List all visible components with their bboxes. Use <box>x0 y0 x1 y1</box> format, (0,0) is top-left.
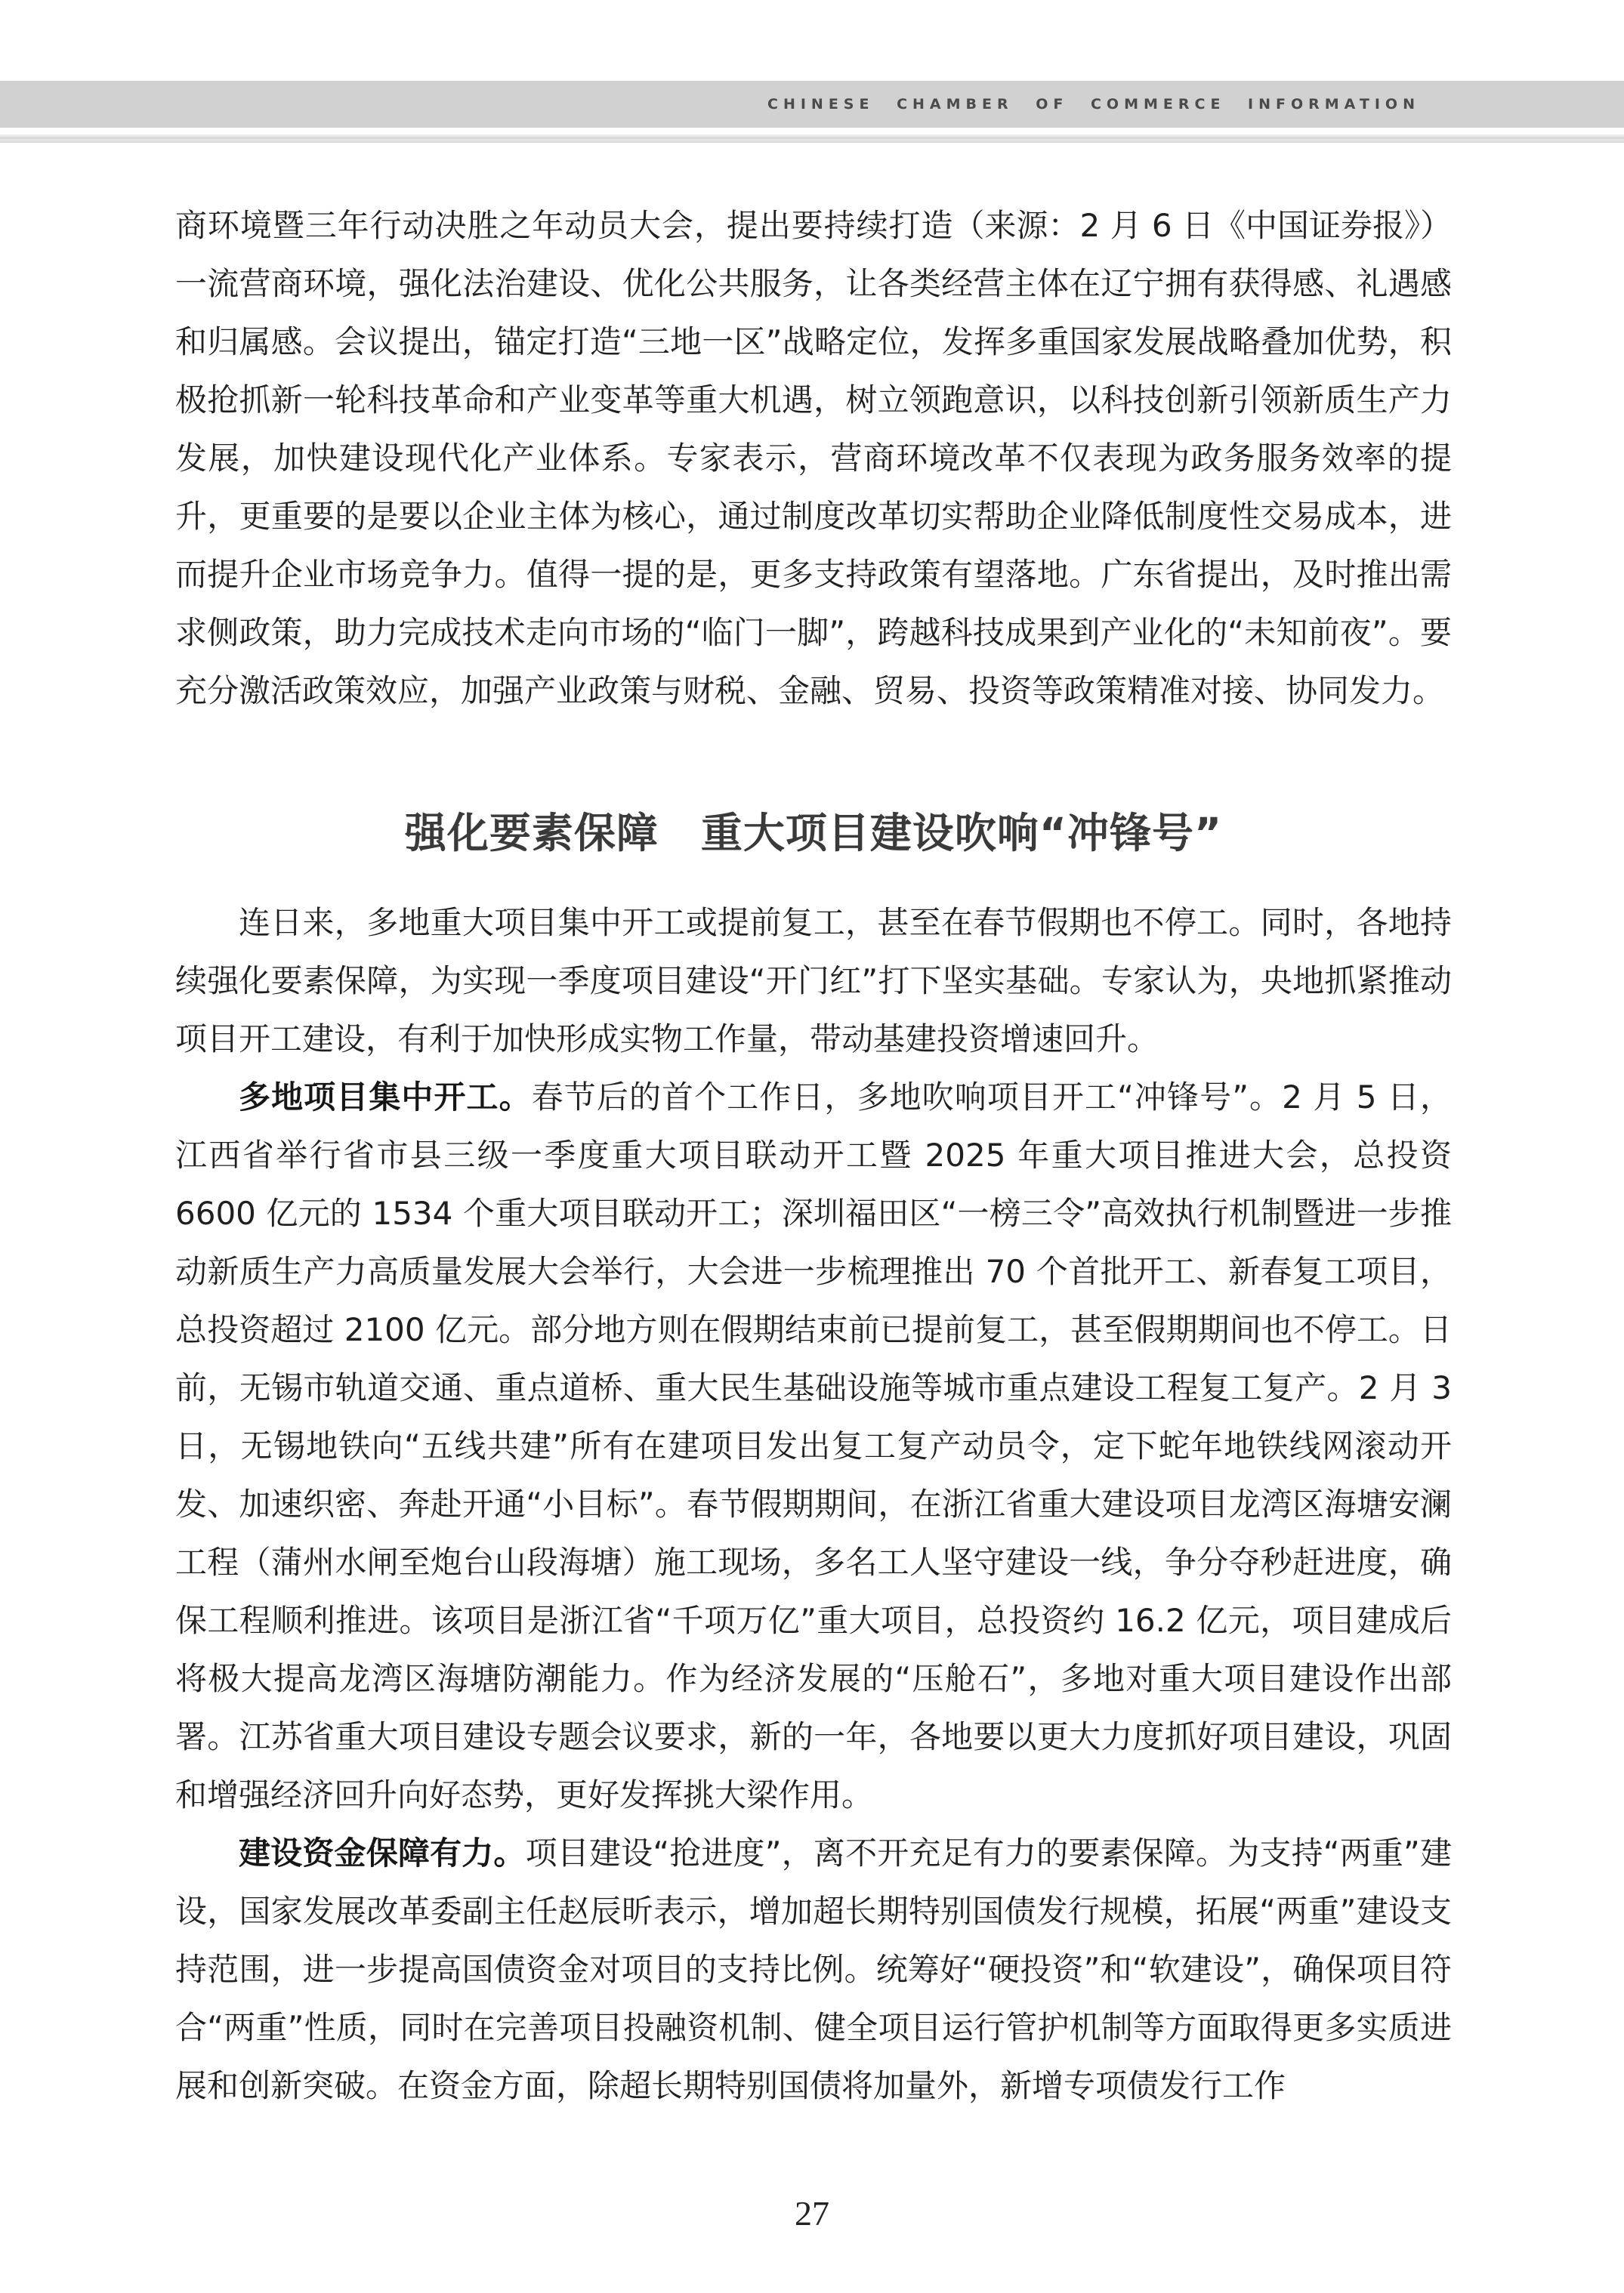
page-number: 27 <box>795 2194 829 2233</box>
paragraph-bold-lead: 多地项目集中开工。 <box>239 1079 532 1116</box>
page-body: （来源：2 月 6 日《中国证券报》）商环境暨三年行动决胜之年动员大会，提出要持… <box>175 144 1452 2115</box>
previous-article-text: 商环境暨三年行动决胜之年动员大会，提出要持续打造一流营商环境，强化法治建设、优化… <box>175 207 1452 709</box>
article-title: 强化要素保障 重大项目建设吹响“冲锋号” <box>175 809 1452 857</box>
paragraph-text: 春节后的首个工作日，多地吹响项目开工“冲锋号”。2 月 5 日，江西省举行省市县… <box>175 1079 1452 1813</box>
page-header-band: CHINESE CHAMBER OF COMMERCE INFORMATION <box>0 81 1624 128</box>
header-title: CHINESE CHAMBER OF COMMERCE INFORMATION <box>767 96 1420 113</box>
page-footer: 27 <box>0 2194 1624 2233</box>
article-paragraph: 建设资金保障有力。项目建设“抢进度”，离不开充足有力的要素保障。为支持“两重”建… <box>175 1824 1452 2115</box>
paragraph-bold-lead: 建设资金保障有力。 <box>239 1835 526 1872</box>
paragraph-text: 连日来，多地重大项目集中开工或提前复工，甚至在春节假期也不停工。同时，各地持续强… <box>175 904 1452 1057</box>
article-paragraph: 连日来，多地重大项目集中开工或提前复工，甚至在春节假期也不停工。同时，各地持续强… <box>175 893 1452 1068</box>
paragraph-text: 项目建设“抢进度”，离不开充足有力的要素保障。为支持“两重”建设，国家发展改革委… <box>175 1835 1452 2104</box>
source-citation: （来源：2 月 6 日《中国证券报》） <box>953 196 1453 255</box>
header-divider-rule <box>0 134 1624 143</box>
article-paragraph: 多地项目集中开工。春节后的首个工作日，多地吹响项目开工“冲锋号”。2 月 5 日… <box>175 1068 1452 1824</box>
document-page: CHINESE CHAMBER OF COMMERCE INFORMATION … <box>0 0 1624 2293</box>
previous-article-continuation-paragraph: （来源：2 月 6 日《中国证券报》）商环境暨三年行动决胜之年动员大会，提出要持… <box>175 196 1452 720</box>
